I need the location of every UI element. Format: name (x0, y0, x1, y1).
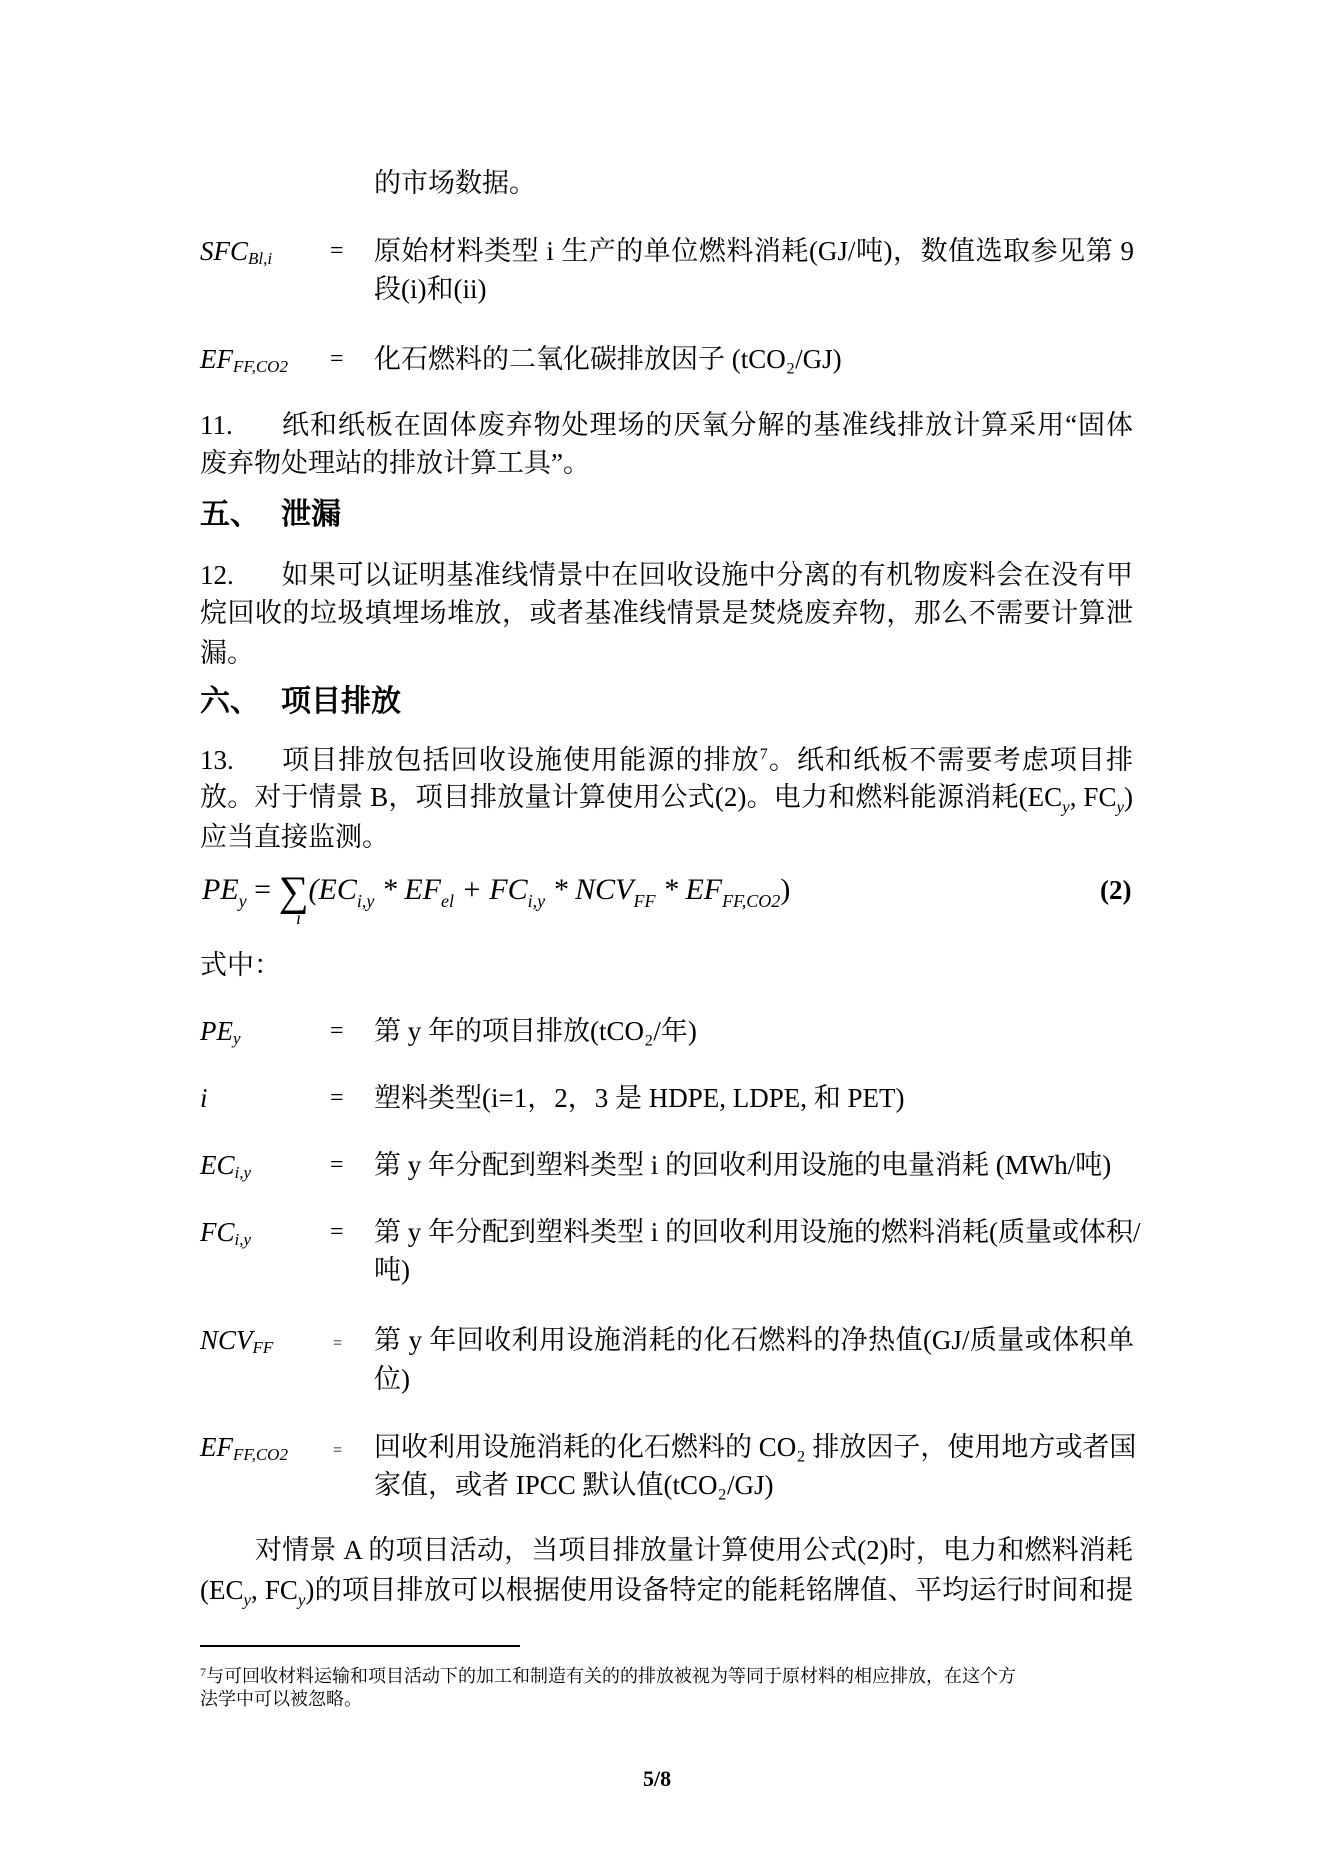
section-heading-leakage: 五、泄漏 (200, 495, 341, 535)
footnote-separator (200, 1645, 520, 1647)
footnote-line2: 法学中可以被忽略。 (200, 1686, 362, 1713)
equals-sign: = (330, 1213, 344, 1251)
paragraph-11-line1: 11.纸和纸板在固体废弃物处理场的厌氧分解的基准线排放计算采用“固体 (200, 406, 1133, 444)
scenario-a-line1: 对情景 A 的项目活动，当项目排放量计算使用公式(2)时，电力和燃料消耗 (255, 1531, 1133, 1569)
equals-sign: = (330, 1012, 344, 1050)
definition-i: 塑料类型(i=1，2，3 是 HDPE, LDPE, 和 PET) (374, 1079, 1134, 1117)
definition-ef-ff-co2-line1: 回收利用设施消耗的化石燃料的 CO₂ 排放因子，使用地方或者国 (374, 1428, 1134, 1466)
definition-pe-y: 第 y 年的项目排放(tCO₂/年) (374, 1012, 1134, 1050)
paragraph-11-line2: 废弃物处理站的排放计算工具”。 (200, 444, 1133, 482)
paragraph-12-line2: 烷回收的垃圾填埋场堆放，或者基准线情景是焚烧废弃物，那么不需要计算泄 (200, 594, 1133, 632)
definition-ef-line1: 化石燃料的二氧化碳排放因子 (tCO₂/GJ) (374, 340, 1134, 378)
formula-2: PEy = ∑(ECi,y * EFel + FCi,y * NCVFF * E… (202, 870, 790, 921)
symbol-ef-ff-co2-2: EFFF,CO2 (200, 1428, 288, 1474)
page-number: 5/8 (643, 1766, 671, 1792)
equals-sign: = (330, 1146, 344, 1184)
definition-ec-iy: 第 y 年分配到塑料类型 i 的回收利用设施的电量消耗 (MWh/吨) (374, 1146, 1134, 1184)
definition-fc-iy-line2: 吨) (374, 1251, 1134, 1289)
definition-ef-ff-co2-line2: 家值，或者 IPCC 默认值(tCO₂/GJ) (374, 1466, 1134, 1504)
symbol-ncv-ff: NCVFF (200, 1321, 273, 1367)
equals-sign: = (333, 1432, 342, 1470)
symbol-fc-iy: FCi,y (200, 1213, 251, 1259)
paragraph-12-line1: 12.如果可以证明基准线情景中在回收设施中分离的有机物废料会在没有甲 (200, 556, 1133, 594)
definition-ncv-ff-line1: 第 y 年回收利用设施消耗的化石燃料的净热值(GJ/质量或体积单 (374, 1321, 1134, 1359)
symbol-ef-ff-co2: EFFF,CO2 (200, 340, 288, 386)
definition-sfc-line1: 原始材料类型 i 生产的单位燃料消耗(GJ/吨)，数值选取参见第 9 (374, 232, 1134, 270)
footnote-ref[interactable]: 7 (760, 746, 768, 763)
symbol-pe-y: PEy (200, 1012, 241, 1058)
sigma-symbol: ∑ (279, 872, 309, 912)
sigma-index: i (296, 908, 301, 929)
definition-fc-iy-line1: 第 y 年分配到塑料类型 i 的回收利用设施的燃料消耗(质量或体积/ (374, 1213, 1134, 1251)
definition-ncv-ff-line2: 位) (374, 1360, 1134, 1398)
definition-sfc-line2: 段(i)和(ii) (374, 270, 1134, 308)
paragraph-13-line1: 13.项目排放包括回收设施使用能源的排放7。纸和纸板不需要考虑项目排 (200, 736, 1133, 779)
continuation-text: 的市场数据。 (374, 164, 536, 202)
scenario-a-line2: (ECy, FCy)的项目排放可以根据使用设备特定的能耗铭牌值、平均运行时间和提 (200, 1571, 1133, 1619)
symbol-sfc: SFCBl,i (200, 232, 272, 278)
symbol-i: i (200, 1079, 208, 1117)
equals-sign: = (330, 340, 344, 378)
equals-sign: = (330, 232, 344, 270)
paragraph-13-line3: 应当直接监测。 (200, 818, 1133, 856)
equals-sign: = (330, 1079, 344, 1117)
where-label: 式中： (200, 946, 1133, 984)
section-heading-project-emissions: 六、项目排放 (200, 682, 401, 722)
symbol-ec-iy: ECi,y (200, 1146, 251, 1192)
paragraph-12-line3: 漏。 (200, 634, 1133, 672)
equals-sign: = (333, 1325, 342, 1363)
equation-number: (2) (1100, 870, 1131, 910)
